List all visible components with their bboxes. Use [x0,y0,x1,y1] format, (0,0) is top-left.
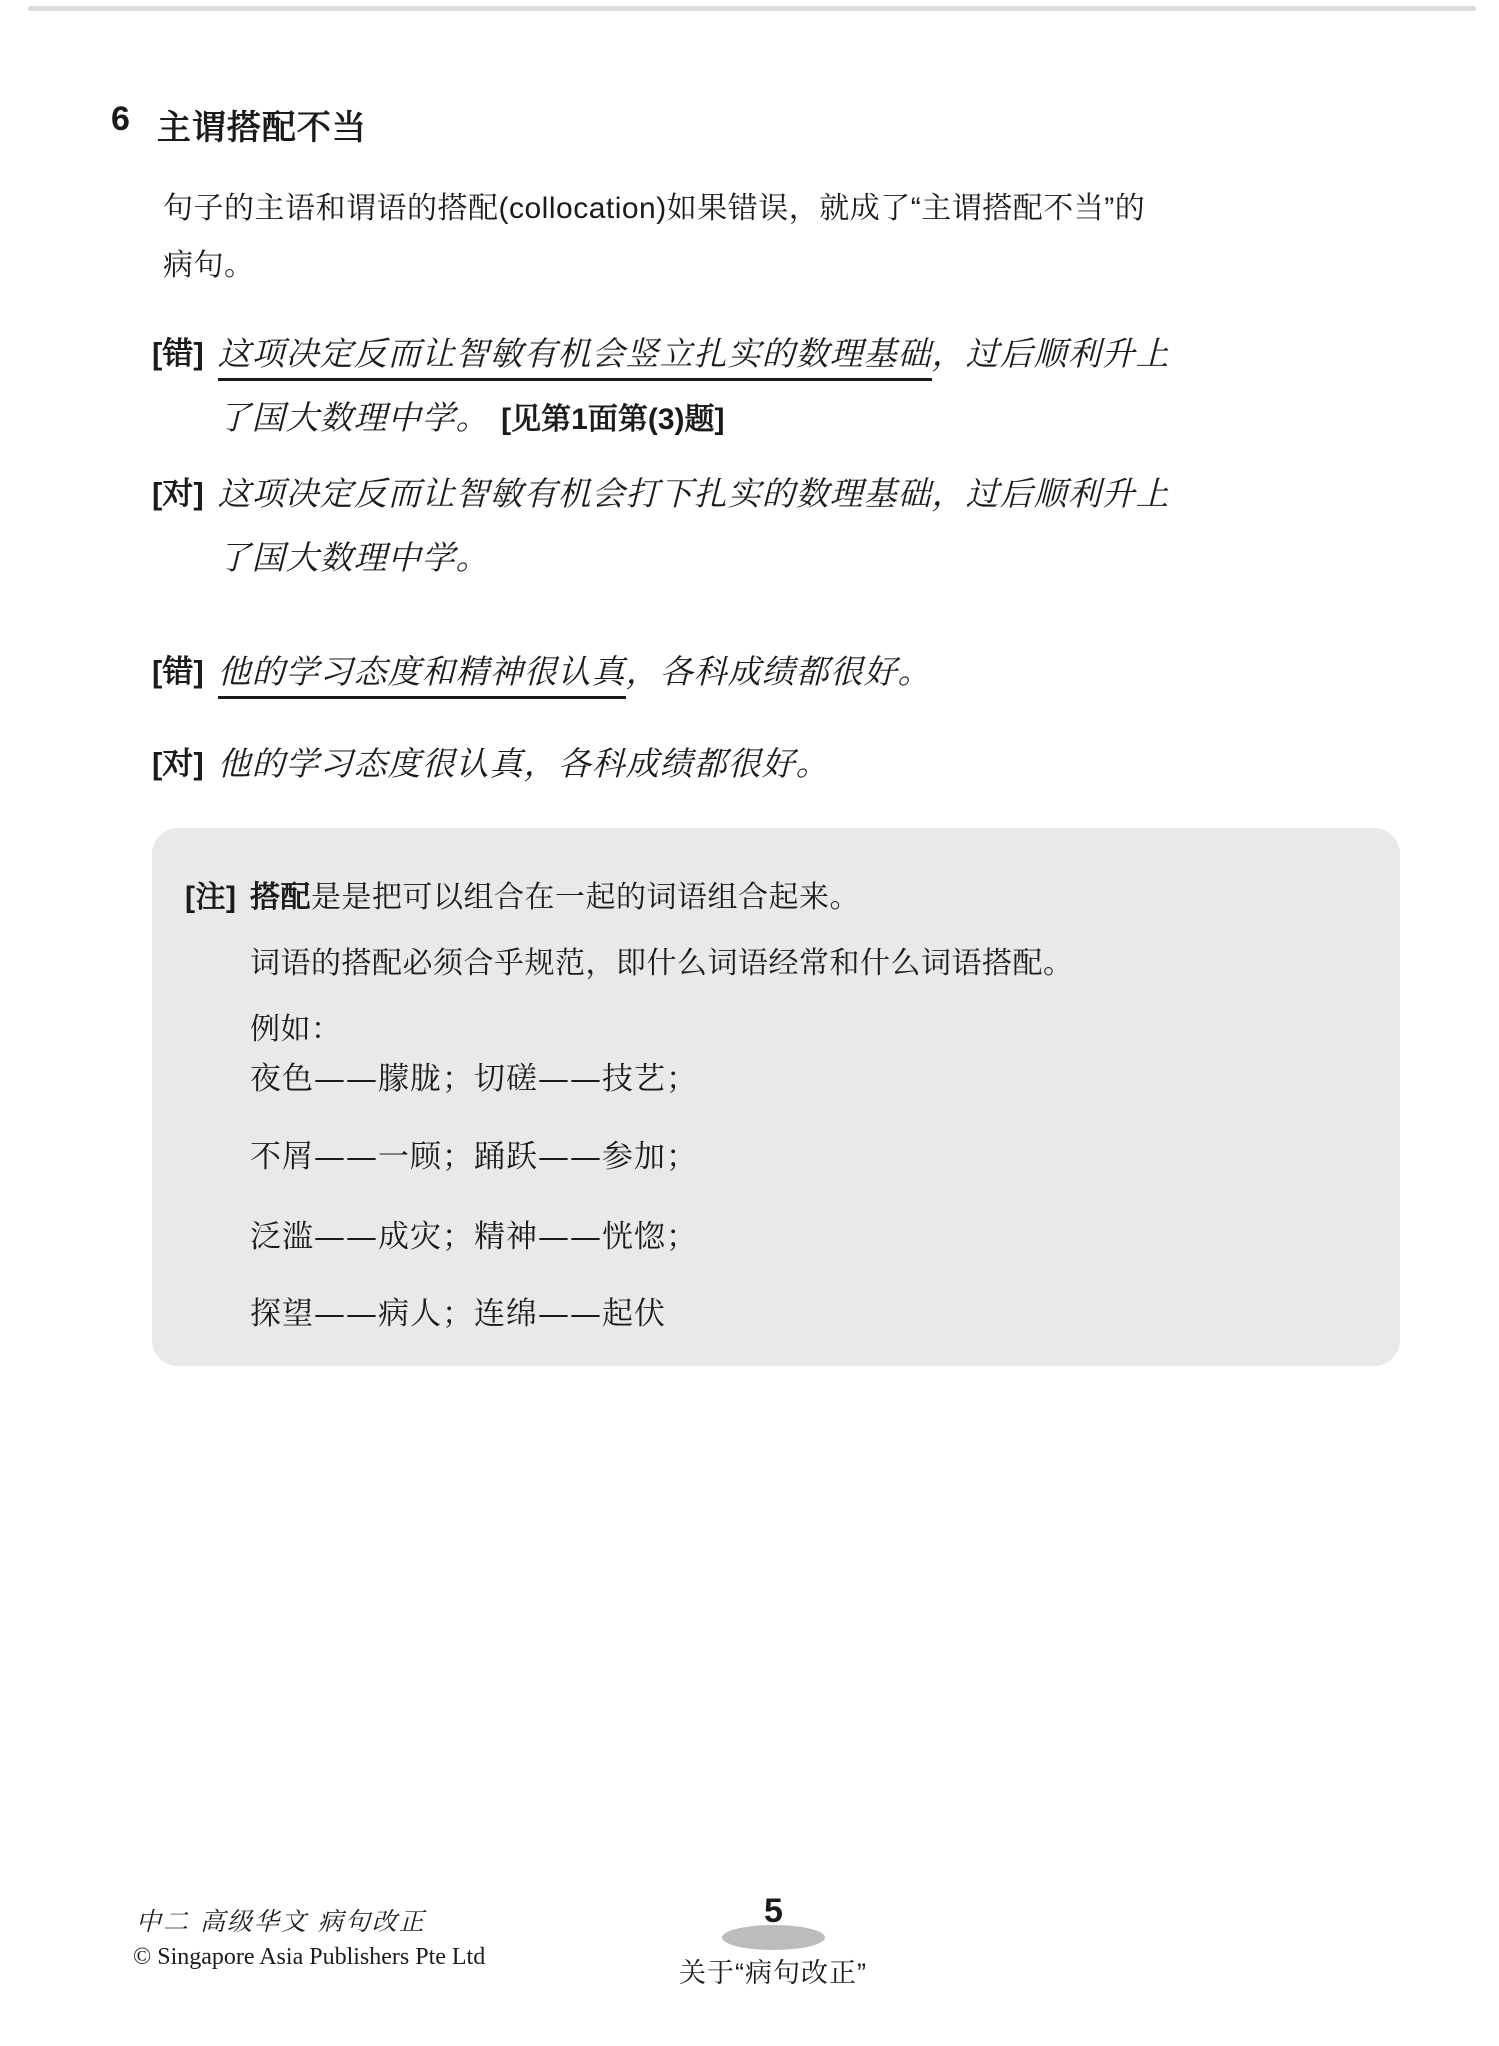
note-definition-rest: 是是把可以组合在一起的词语组合起来。 [311,881,860,914]
note-label: [注] [185,872,236,916]
example2-wrong-text: 他的学习态度和精神很认真，各科成绩都很好。 [218,640,932,704]
right-label: [对] [152,462,204,526]
example2-right-row: [对] 他的学习态度很认真，各科成绩都很好。 [152,732,830,796]
wrong-label: [错] [152,322,204,386]
example2-wrong-after: ，各科成绩都很好。 [626,652,932,691]
example1-wrong-cont: 了国大数理中学。 [218,398,490,437]
note-box: [注] 搭配是是把可以组合在一起的词语组合起来。 词语的搭配必须合乎规范，即什么… [152,828,1400,1366]
collocation-pair-row: 探望——病人；连绵——起伏 [250,1288,666,1333]
section-heading: 6 主谓搭配不当 [111,100,367,149]
footer-chapter-reference: 关于“病句改正” [612,1951,934,1990]
collocation-pair-row: 泛滥——成灾；精神——恍惚； [250,1211,698,1256]
underlined-error-phrase: 他的学习态度和精神很认真 [218,652,626,699]
section-number: 6 [111,100,131,149]
example1-wrong-line1: 这项决定反而让智敏有机会竖立扎实的数理基础，过后顺利升上 [218,322,1170,386]
example1-wrong-row: [错] 这项决定反而让智敏有机会竖立扎实的数理基础，过后顺利升上 了国大数理中学… [152,322,1170,452]
example2-right-line1: 他的学习态度很认真，各科成绩都很好。 [218,732,830,796]
example2-right-text: 他的学习态度很认真，各科成绩都很好。 [218,732,830,796]
page-number: 5 [722,1892,825,1931]
cross-reference: [见第1面第(3)题] [501,403,724,436]
scan-edge-artifact [28,6,1476,11]
collocation-pair-row: 夜色——朦胧；切磋——技艺； [250,1053,698,1098]
example2-wrong-row: [错] 他的学习态度和精神很认真，各科成绩都很好。 [152,640,932,704]
note-example-intro: 例如： [250,1004,342,1048]
textbook-page: 6 主谓搭配不当 句子的主语和谓语的搭配(collocation)如果错误，就成… [0,0,1499,2046]
footer-copyright: © Singapore Asia Publishers Pte Ltd [133,1944,485,1971]
note-definition: 搭配是是把可以组合在一起的词语组合起来。 [250,872,860,916]
wrong-label: [错] [152,640,204,704]
intro-paragraph: 句子的主语和谓语的搭配(collocation)如果错误，就成了“主谓搭配不当”… [163,180,1148,294]
example1-right-line1: 这项决定反而让智敏有机会打下扎实的数理基础，过后顺利升上 [218,462,1170,526]
example1-wrong-line2: 了国大数理中学。 [见第1面第(3)题] [218,386,1170,452]
underlined-error-phrase: 这项决定反而让智敏有机会竖立扎实的数理基础 [218,334,932,381]
example2-wrong-line1: 他的学习态度和精神很认真，各科成绩都很好。 [218,640,932,704]
section-title: 主谓搭配不当 [157,100,367,149]
example1-wrong-text: 这项决定反而让智敏有机会竖立扎实的数理基础，过后顺利升上 了国大数理中学。 [见… [218,322,1170,452]
footer-series-title: 中二 高级华文 病句改正 [136,1902,426,1938]
note-rule: 词语的搭配必须合乎规范，即什么词语经常和什么词语搭配。 [250,938,1074,982]
example1-right-text: 这项决定反而让智敏有机会打下扎实的数理基础，过后顺利升上 了国大数理中学。 [218,462,1170,590]
collocation-pair-row: 不屑——一顾；踊跃——参加； [250,1131,698,1176]
right-label: [对] [152,732,204,796]
example1-wrong-after: ，过后顺利升上 [932,334,1170,373]
example1-right-row: [对] 这项决定反而让智敏有机会打下扎实的数理基础，过后顺利升上 了国大数理中学… [152,462,1170,590]
example1-right-line2: 了国大数理中学。 [218,526,1170,590]
note-keyword: 搭配 [250,881,311,914]
